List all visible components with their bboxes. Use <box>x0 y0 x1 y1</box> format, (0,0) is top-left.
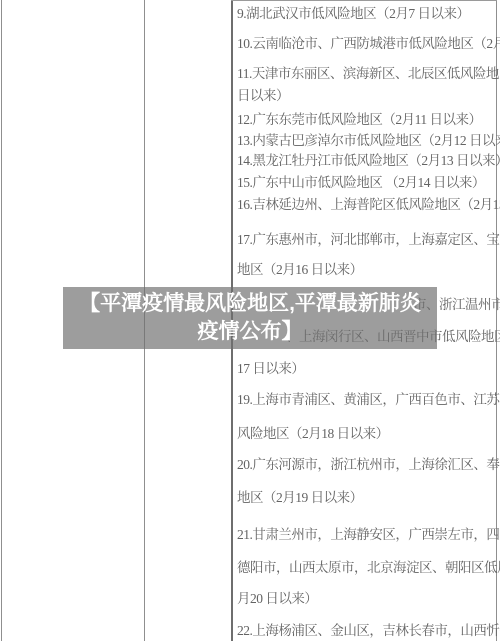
risk-item-line-19: 19.上海市青浦区、黄浦区，广西百色市、江苏连云港市低 <box>237 392 500 407</box>
caption-line-2: 疫情公布】 <box>198 318 303 346</box>
table-left-border <box>1 0 2 641</box>
risk-item-line-11: 11.天津市东丽区、滨海新区、北辰区低风险地区（2月10 <box>237 66 500 81</box>
caption-overlay: 【平潭疫情最风险地区,平潭最新肺炎 疫情公布】 <box>63 287 437 349</box>
risk-item-line-21: 月20 日以来） <box>237 591 317 606</box>
risk-item-line-17: 地区（2月16 日以来） <box>237 262 363 277</box>
risk-item-line-22: 22.上海杨浦区、金山区，吉林长春市，山西忻州市，河北 <box>237 623 500 638</box>
table-top-border <box>231 0 497 1</box>
risk-item-line-14: 14.黑龙江牡丹江市低风险地区（2月13 日以来） <box>237 153 500 168</box>
risk-item-line-11: 日以来） <box>237 88 289 103</box>
risk-item-line-12: 12.广东东莞市低风险地区（2月11 日以来） <box>237 112 482 127</box>
risk-item-line-10: 10.云南临沧市、广西防城港市低风险地区（2月9 日以来） <box>237 36 500 51</box>
risk-item-line-15: 15.广东中山市低风险地区 （2月14 日以来） <box>237 175 485 190</box>
caption-line-1: 【平潭疫情最风险地区,平潭最新肺炎 <box>79 290 421 318</box>
risk-item-line-13: 13.内蒙古巴彦淖尔市低风险地区（2月12 日以来） <box>237 133 500 148</box>
table-right-border <box>496 0 497 641</box>
risk-item-line-21: 德阳市，山西太原市，北京海淀区、朝阳区低风险地区（2 <box>237 560 500 575</box>
risk-item-line-20: 地区（2月19 日以来） <box>237 490 363 505</box>
risk-item-line-9: 9.湖北武汉市低风险地区（2月7 日以来） <box>237 6 470 21</box>
risk-item-line-19: 风险地区（2月18 日以来） <box>237 426 389 441</box>
risk-item-line-17: 17.广东惠州市，河北邯郸市，上海嘉定区、宝山区低风险 <box>237 232 500 247</box>
risk-item-line-20: 20.广东河源市，浙江杭州市，上海徐汇区、奉贤区低风险 <box>237 457 500 472</box>
risk-item-line-18: 17 日以来） <box>237 361 304 376</box>
risk-item-line-16: 16.吉林延边州、上海普陀区低风险地区（2月15 日） <box>237 197 500 212</box>
risk-item-line-21: 21.甘肃兰州市，上海静安区，广西崇左市，四川绵阳市、 <box>237 527 500 542</box>
document-page: 9.湖北武汉市低风险地区（2月7 日以来）10.云南临沧市、广西防城港市低风险地… <box>0 0 500 641</box>
